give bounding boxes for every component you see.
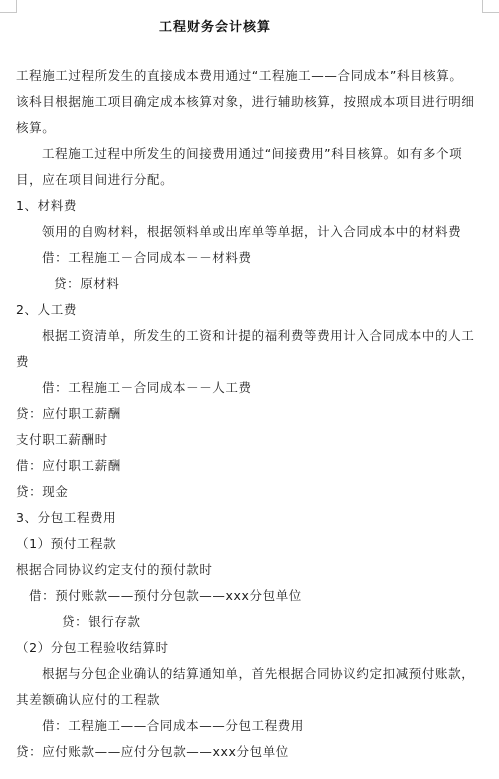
text-line: 1、材料费 xyxy=(16,198,77,214)
text-line: 借：工程施工——合同成本——分包工程费用 xyxy=(42,718,304,734)
page-corner-mark-top-left xyxy=(0,0,17,13)
text-line: 根据与分包企业确认的结算通知单，首先根据合同协议约定扣减预付账款， xyxy=(42,666,474,682)
text-line: 工程施工过程所发生的直接成本费用通过“工程施工——合同成本”科目核算。 xyxy=(16,68,462,84)
text-line: 领用的自购材料，根据领料单或出库单等单据，计入合同成本中的材料费 xyxy=(42,224,461,240)
text-line: 借：应付职工薪酬 xyxy=(16,458,121,474)
document-title: 工程财务会计核算 xyxy=(0,16,430,35)
text-line: （1）预付工程款 xyxy=(16,536,116,552)
text-line: 费 xyxy=(16,354,29,370)
text-line: 核算。 xyxy=(16,120,55,136)
text-line: 贷：应付账款——应付分包款——xxx分包单位 xyxy=(16,744,289,760)
text-line: 3、分包工程费用 xyxy=(16,510,116,526)
text-line: 目，应在项目间进行分配。 xyxy=(16,172,173,188)
text-line: 其差额确认应付的工程款 xyxy=(16,692,160,708)
text-line: 根据工资清单，所发生的工资和计提的福利费等费用计入合同成本中的人工 xyxy=(42,328,474,344)
text-line: 借：工程施工－合同成本－－材料费 xyxy=(42,250,252,266)
text-line: 2、人工费 xyxy=(16,302,77,318)
text-line: 贷：原材料 xyxy=(54,276,120,292)
text-line: 贷：银行存款 xyxy=(62,614,141,630)
text-line: 借：工程施工－合同成本－－人工费 xyxy=(42,380,252,396)
text-line: 支付职工薪酬时 xyxy=(16,432,108,448)
text-line: （2）分包工程验收结算时 xyxy=(16,640,169,656)
text-line: 根据合同协议约定支付的预付款时 xyxy=(16,562,213,578)
text-line: 工程施工过程中所发生的间接费用通过“间接费用”科目核算。如有多个项 xyxy=(42,146,462,162)
text-line: 贷：现金 xyxy=(16,484,68,500)
page-corner-mark-top-right xyxy=(482,0,499,13)
text-line: 该科目根据施工项目确定成本核算对象，进行辅助核算，按照成本项目进行明细 xyxy=(16,94,475,110)
text-line: 贷：应付职工薪酬 xyxy=(16,406,121,422)
text-line: 借：预付账款——预付分包款——xxx分包单位 xyxy=(29,588,302,604)
